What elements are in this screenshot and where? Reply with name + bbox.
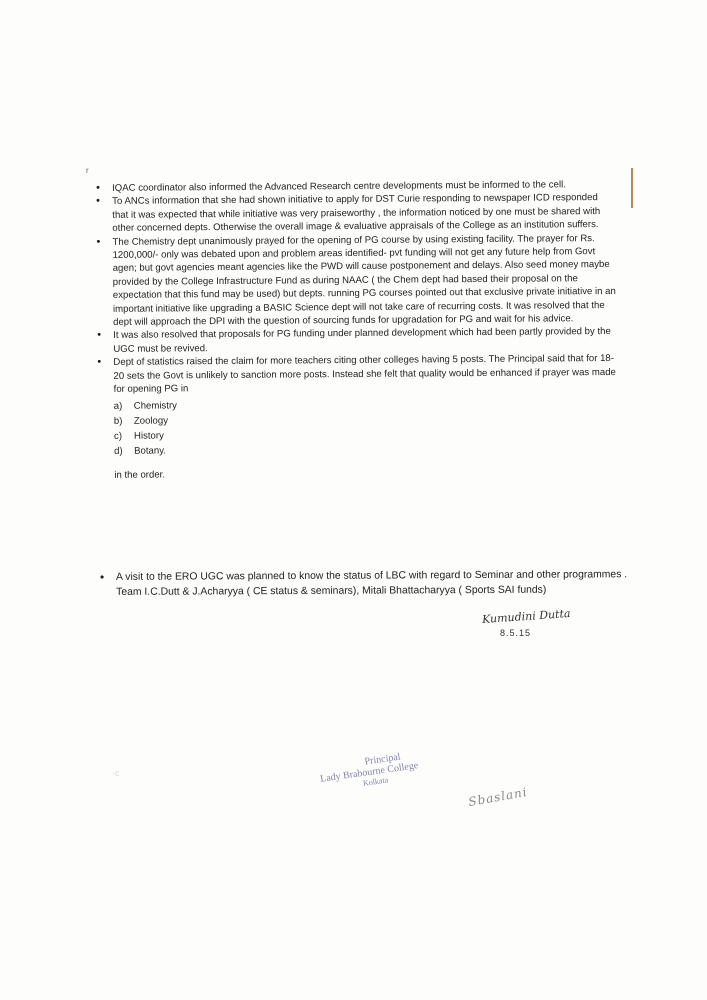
sub-item-label: Chemistry [134, 400, 177, 411]
bullet-item-chemistry-pg: The Chemistry dept unanimously prayed fo… [96, 232, 617, 330]
principal-signature: Sbaslani [467, 785, 528, 809]
handwritten-signature: Kumudini Dutta [482, 607, 571, 626]
sub-item-label: History [134, 430, 164, 441]
visit-section: A visit to the ERO UGC was planned to kn… [100, 567, 640, 600]
faint-mark: ·c [112, 768, 120, 778]
bullet-text: A visit to the ERO UGC was planned to kn… [116, 569, 627, 598]
stray-mark: r [86, 166, 89, 175]
bullet-text: The Chemistry dept unanimously prayed fo… [112, 233, 615, 328]
sub-item-label: Zoology [134, 415, 168, 426]
bullet-text: To ANCs information that she had shown i… [112, 192, 600, 234]
sub-item-marker: c) [114, 428, 134, 443]
sub-item-marker: b) [114, 413, 134, 428]
signature-date: 8.5.15 [500, 628, 531, 638]
bullet-item-statistics: Dept of statistics raised the claim for … [97, 352, 618, 458]
page-edge-line [631, 168, 633, 208]
bullet-item-pg-funding: It was also resolved that proposals for … [97, 325, 617, 356]
sub-item-marker: a) [114, 398, 134, 413]
sub-item-marker: d) [114, 443, 134, 458]
sub-item-label: Botany. [134, 445, 166, 456]
bullet-item-dst-curie: To ANCs information that she had shown i… [96, 191, 616, 235]
bullet-text: Dept of statistics raised the claim for … [113, 353, 616, 395]
minutes-body: IQAC coordinator also informed the Advan… [96, 178, 618, 482]
order-note: in the order. [114, 464, 618, 481]
bullet-item-ero-visit: A visit to the ERO UGC was planned to kn… [100, 567, 640, 600]
principal-stamp: Principal Lady Brabourne College Kolkata [318, 749, 420, 793]
sub-item: d)Botany. [114, 439, 618, 458]
bullet-text: It was also resolved that proposals for … [113, 326, 611, 354]
pg-order-list: a)Chemistry b)Zoology c)History d)Botany… [114, 394, 618, 458]
scanned-page: r IQAC coordinator also informed the Adv… [0, 0, 707, 1000]
bullet-list: IQAC coordinator also informed the Advan… [96, 178, 618, 459]
